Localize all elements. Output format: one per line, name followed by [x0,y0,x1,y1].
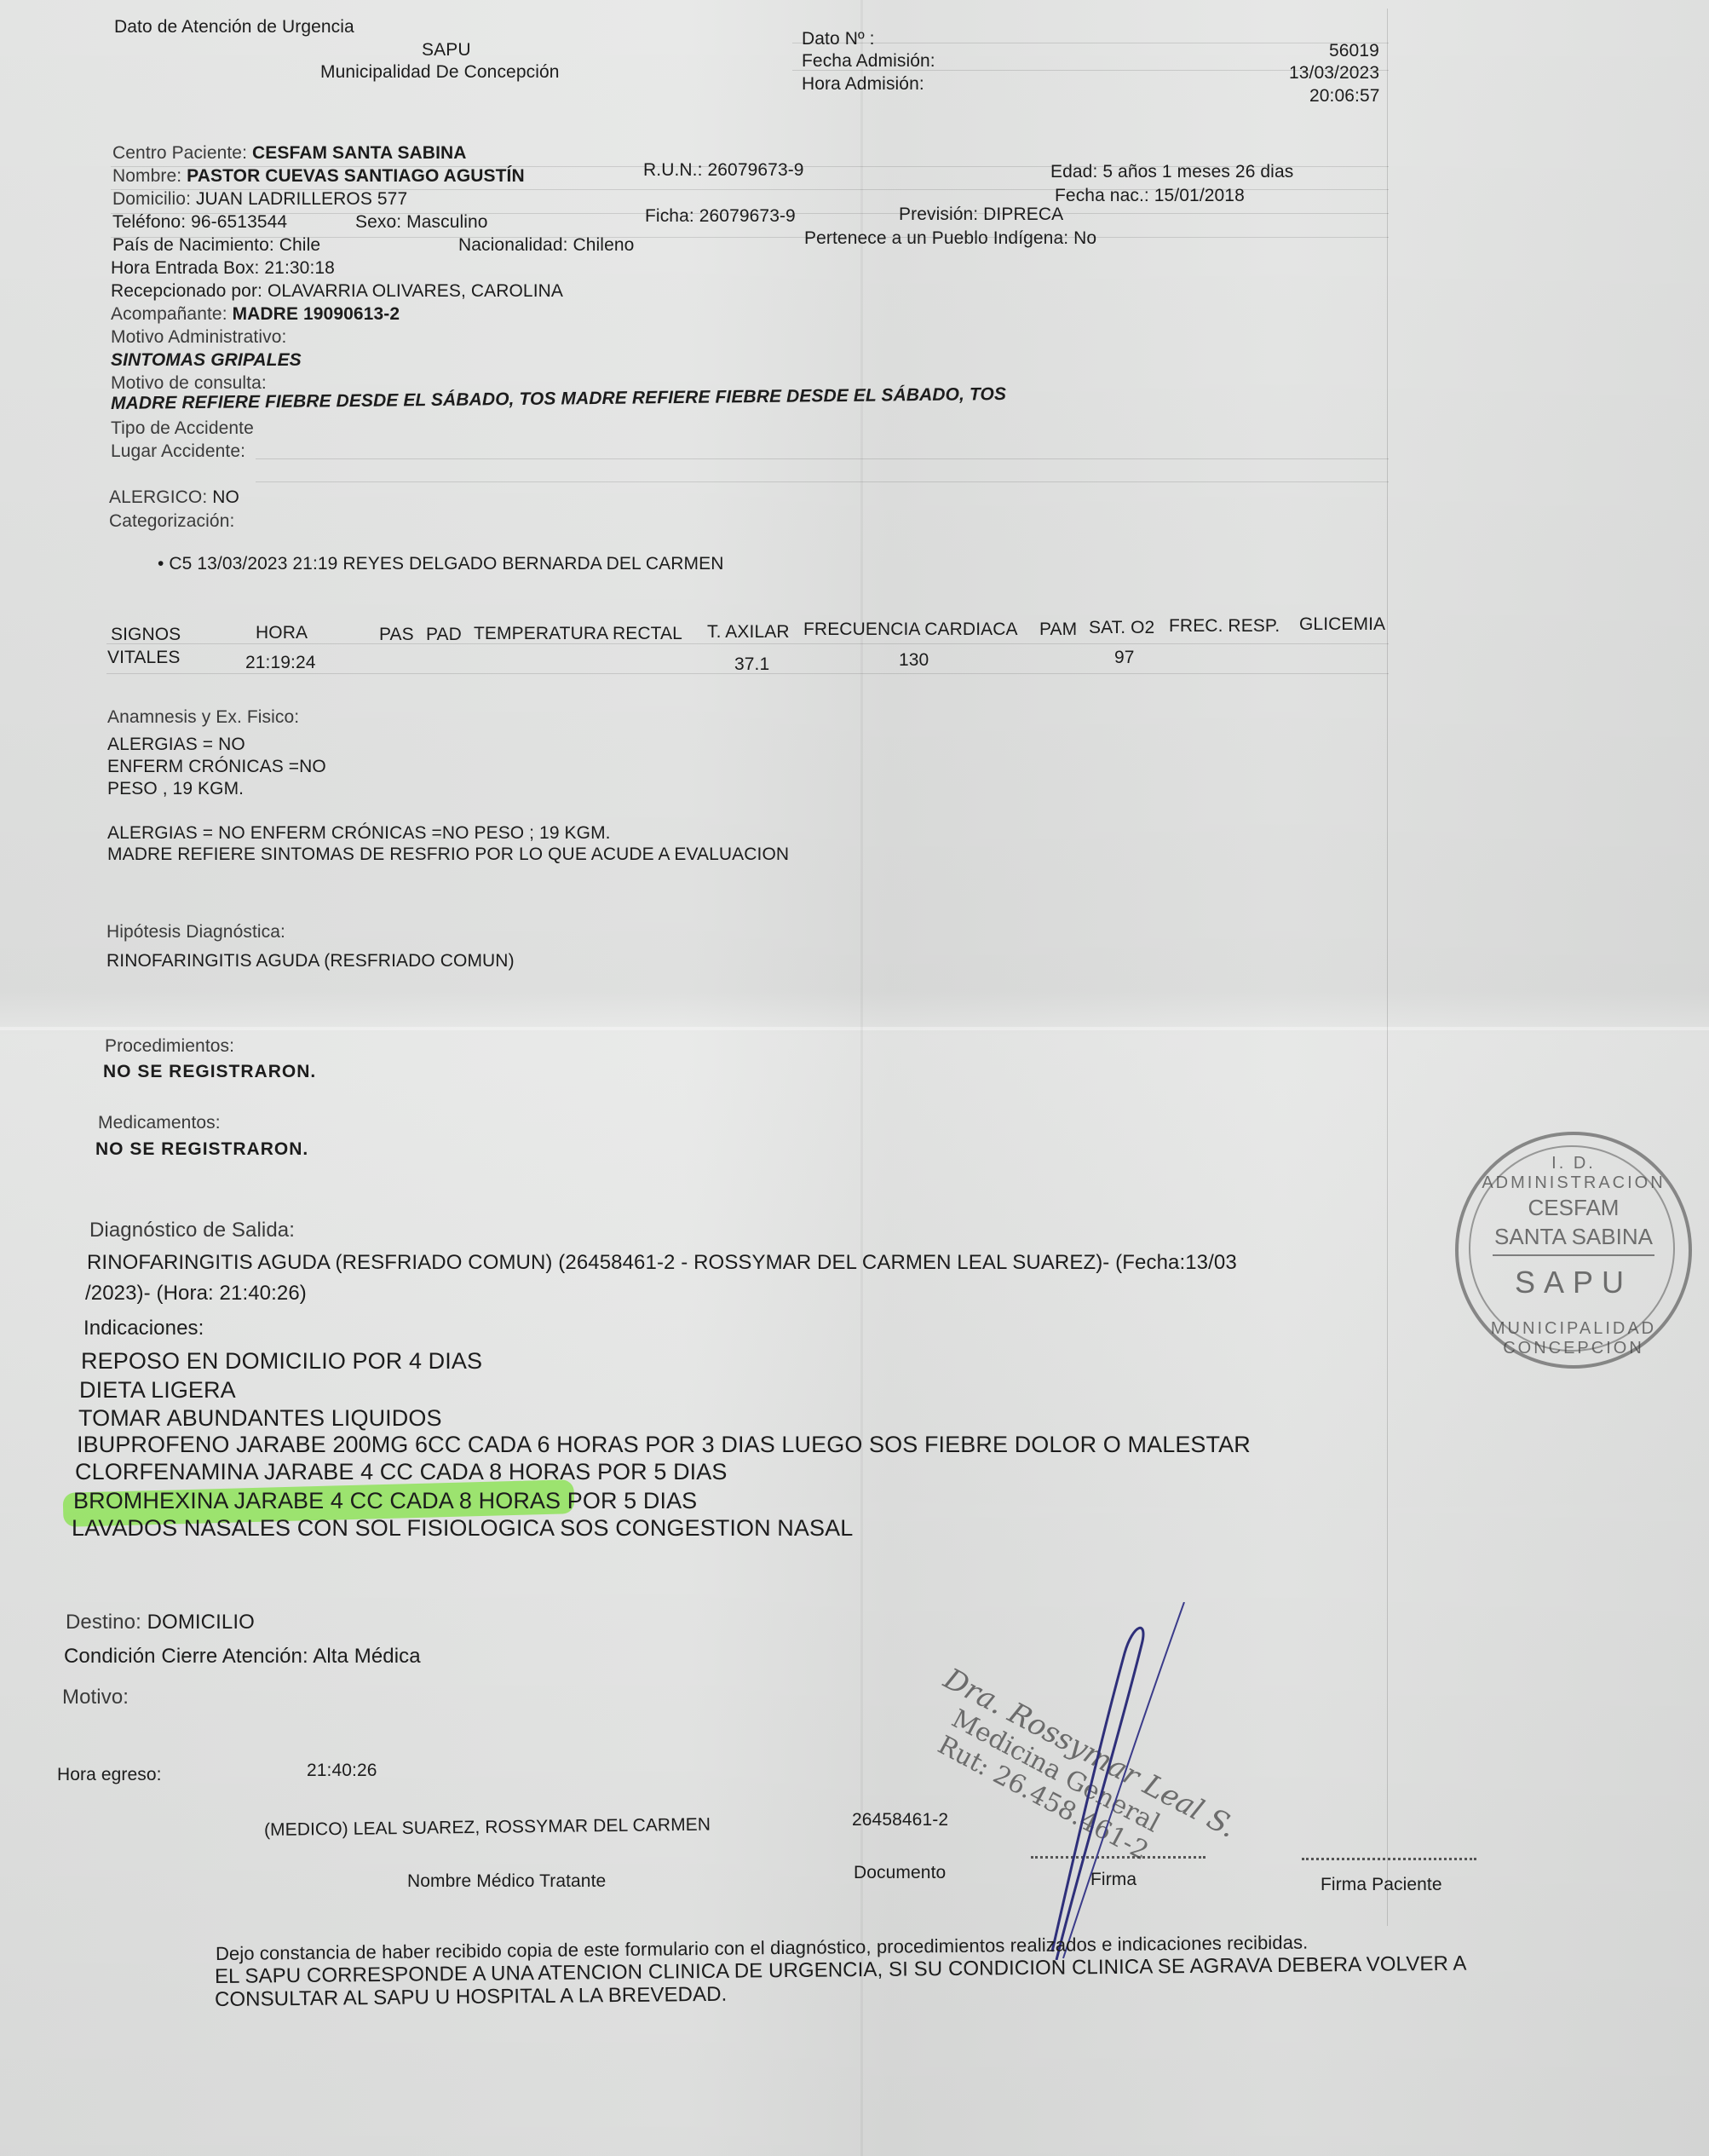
field-value: CESFAM SANTA SABINA [252,143,467,163]
sexo-field: Sexo: Masculino [355,212,488,233]
vitals-row-label: SIGNOS [111,625,181,645]
field-label: ALERGICO: [109,487,207,507]
centro-paciente-field: Centro Paciente: CESFAM SANTA SABINA [112,143,467,164]
vitals-col-temp-rectal: TEMPERATURA RECTAL [474,624,682,644]
field-value: JUAN LADRILLEROS 577 [196,189,407,209]
patient-signature-line [1302,1858,1476,1860]
motivo-administrativo-label: Motivo Administrativo: [111,327,286,348]
indicacion-item-highlighted: BROMHEXINA JARABE 4 CC CADA 8 HORAS POR … [73,1488,697,1514]
field-label: Edad: [1050,162,1097,182]
field-value: DIPRECA [983,205,1063,224]
field-value: 26079673-9 [707,160,803,180]
nombre-field: Nombre: PASTOR CUEVAS SANTIAGO AGUSTÍN [112,166,525,187]
field-value: MADRE 19090613-2 [233,304,400,324]
nacionalidad-field: Nacionalidad: Chileno [458,235,634,256]
motivo-consulta-label: Motivo de consulta: [111,373,267,394]
fecha-admision-value: 13/03/2023 [1289,63,1379,84]
indicacion-item: REPOSO EN DOMICILIO POR 4 DIAS [81,1348,482,1375]
field-label: Pertenece a un Pueblo Indígena: [804,228,1068,248]
document-page: Dato de Atención de Urgencia SAPU Munici… [0,0,1709,2156]
vitals-col-pad: PAD [426,625,462,645]
hipotesis-label: Hipótesis Diagnóstica: [106,922,285,943]
divider [792,43,1389,43]
footer-line: CONSULTAR AL SAPU U HOSPITAL A LA BREVED… [215,1983,728,2012]
field-value: DOMICILIO [147,1611,255,1634]
hora-egreso-value: 21:40:26 [307,1761,377,1781]
motivo-administrativo-value: SINTOMAS GRIPALES [111,350,302,371]
stamp-ring-text: I. D. ADMINISTRACION [1459,1154,1689,1193]
field-value: 96-6513544 [191,212,287,232]
medico-nombre: (MEDICO) LEAL SUAREZ, ROSSYMAR DEL CARME… [264,1815,711,1841]
vitals-col-frec-resp: FREC. RESP. [1169,616,1280,637]
municipality-name: Municipalidad De Concepción [320,62,560,83]
pueblo-indigena-field: Pertenece a un Pueblo Indígena: No [804,228,1096,249]
anamnesis-summary: ALERGIAS = NO ENFERM CRÓNICAS =NO PESO ;… [107,823,611,844]
destino-field: Destino: DOMICILIO [66,1611,255,1634]
fecha-admision-label: Fecha Admisión: [802,51,935,72]
paper-fold [0,1027,1709,1030]
anamnesis-line: PESO , 19 KGM. [107,779,244,799]
field-value: No [1073,228,1096,248]
acompanante-field: Acompañante: MADRE 19090613-2 [111,304,400,325]
nombre-medico-label: Nombre Médico Tratante [407,1871,606,1892]
field-label: Centro Paciente: [112,143,247,163]
indicacion-item: IBUPROFENO JARABE 200MG 6CC CADA 6 HORAS… [77,1432,1251,1458]
field-value: Chileno [573,235,635,255]
categorizacion-value: C5 13/03/2023 21:19 REYES DELGADO BERNAR… [169,554,723,574]
vitals-col-pas: PAS [379,625,414,645]
procedimientos-value: NO SE REGISTRARON. [103,1062,316,1082]
dato-value: 56019 [1329,41,1379,61]
stamp-line: SAPU [1459,1265,1689,1300]
field-label: País de Nacimiento: [112,235,274,255]
run-field: R.U.N.: 26079673-9 [643,160,804,181]
hora-egreso-label: Hora egreso: [57,1765,162,1785]
divider [1387,9,1388,1926]
condicion-cierre-field: Condición Cierre Atención: Alta Médica [64,1645,421,1669]
lugar-accidente-label: Lugar Accidente: [111,441,245,462]
vitals-frec-cardiaca-value: 130 [899,650,929,671]
divider [106,643,1389,644]
vitals-col-hora: HORA [256,623,308,643]
hora-admision-value: 20:06:57 [1309,86,1380,107]
diagnostico-salida-line: RINOFARINGITIS AGUDA (RESFRIADO COMUN) (… [87,1251,1237,1275]
medico-documento: 26458461-2 [852,1810,948,1830]
indicacion-item: LAVADOS NASALES CON SOL FISIOLOGICA SOS … [72,1515,853,1542]
field-label: Previsión: [899,205,978,224]
domicilio-field: Domicilio: JUAN LADRILLEROS 577 [112,189,407,210]
hipotesis-value: RINOFARINGITIS AGUDA (RESFRIADO COMUN) [106,951,515,971]
field-label: Teléfono: [112,212,186,232]
diagnostico-salida-line: /2023)- (Hora: 21:40:26) [85,1282,307,1306]
vitals-row-label: VITALES [107,648,181,668]
stamp-line: CESFAM [1459,1195,1689,1221]
paper-fold [860,0,863,2156]
dato-label: Dato Nº : [802,29,875,49]
field-label: R.U.N.: [643,160,703,180]
institution-stamp: I. D. ADMINISTRACION CESFAM SANTA SABINA… [1455,1132,1692,1369]
field-label: Acompañante: [111,304,227,324]
vitals-col-t-axilar: T. AXILAR [707,622,790,643]
field-value: 15/01/2018 [1154,186,1245,205]
indicaciones-label: Indicaciones: [83,1317,204,1340]
anamnesis-summary: MADRE REFIERE SINTOMAS DE RESFRIO POR LO… [107,845,789,865]
categorizacion-label: Categorización: [109,511,234,532]
telefono-field: Teléfono: 96-6513544 [112,212,287,233]
institution-name: SAPU [422,40,471,61]
documento-label: Documento [854,1863,946,1883]
hora-entrada-box-field: Hora Entrada Box: 21:30:18 [111,258,335,279]
field-value: 26079673-9 [699,206,796,226]
field-label: Fecha nac.: [1055,186,1149,205]
field-label: Condición Cierre Atención: [64,1645,308,1668]
field-value: Chile [279,235,320,255]
vitals-t-axilar-value: 37.1 [734,654,769,675]
indicacion-item: CLORFENAMINA JARABE 4 CC CADA 8 HORAS PO… [75,1459,728,1485]
recepcionado-field: Recepcionado por: OLAVARRIA OLIVARES, CA… [111,281,563,302]
field-value: 5 años 1 meses 26 dias [1102,162,1293,182]
anamnesis-line: ENFERM CRÓNICAS =NO [107,757,326,777]
field-label: Nombre: [112,166,181,186]
indicacion-item: DIETA LIGERA [79,1377,236,1404]
medicamentos-value: NO SE REGISTRARON. [95,1139,308,1160]
stamp-line: SANTA SABINA [1459,1224,1689,1250]
diagnostico-salida-label: Diagnóstico de Salida: [89,1219,295,1242]
stamp-ring-text: MUNICIPALIDAD CONCEPCION [1459,1319,1689,1358]
field-label: Destino: [66,1611,141,1634]
field-value: Alta Médica [313,1645,421,1668]
vitals-col-sat-o2: SAT. O2 [1089,618,1154,638]
field-label: Nacionalidad: [458,235,568,255]
edad-field: Edad: 5 años 1 meses 26 dias [1050,162,1293,182]
field-value: OLAVARRIA OLIVARES, CAROLINA [268,281,563,301]
fecha-nac-field: Fecha nac.: 15/01/2018 [1055,186,1245,206]
tipo-accidente-label: Tipo de Accidente [111,418,254,439]
prevision-field: Previsión: DIPRECA [899,205,1063,225]
vitals-sat-o2-value: 97 [1114,648,1135,668]
motivo-cierre-label: Motivo: [62,1686,129,1709]
alergico-field: ALERGICO: NO [109,487,239,508]
vitals-col-pam: PAM [1039,620,1077,640]
field-label: Recepcionado por: [111,281,262,301]
divider [256,481,1389,482]
indicacion-item: TOMAR ABUNDANTES LIQUIDOS [78,1405,442,1432]
procedimientos-label: Procedimientos: [105,1036,234,1057]
anamnesis-line: ALERGIAS = NO [107,735,245,755]
field-value: 21:30:18 [264,258,335,278]
medicamentos-label: Medicamentos: [98,1113,221,1133]
vitals-col-glicemia: GLICEMIA [1299,614,1385,635]
hora-admision-label: Hora Admisión: [802,74,924,95]
categorizacion-item: • C5 13/03/2023 21:19 REYES DELGADO BERN… [158,554,724,574]
form-title: Dato de Atención de Urgencia [114,17,354,37]
field-value: PASTOR CUEVAS SANTIAGO AGUSTÍN [187,166,525,186]
handwritten-signature [1005,1602,1218,1960]
vitals-col-frec-cardiaca: FRECUENCIA CARDIACA [803,620,1018,640]
vitals-hora-value: 21:19:24 [245,653,316,673]
stamp-divider [1493,1254,1654,1256]
field-value: NO [212,487,239,507]
field-label: Sexo: [355,212,401,232]
field-value: Masculino [406,212,487,232]
field-label: Domicilio: [112,189,191,209]
pais-nacimiento-field: País de Nacimiento: Chile [112,235,320,256]
anamnesis-label: Anamnesis y Ex. Fisico: [107,707,299,728]
ficha-field: Ficha: 26079673-9 [645,206,796,227]
field-label: Hora Entrada Box: [111,258,259,278]
divider [256,458,1389,459]
field-label: Ficha: [645,206,694,226]
firma-paciente-label: Firma Paciente [1321,1875,1442,1895]
